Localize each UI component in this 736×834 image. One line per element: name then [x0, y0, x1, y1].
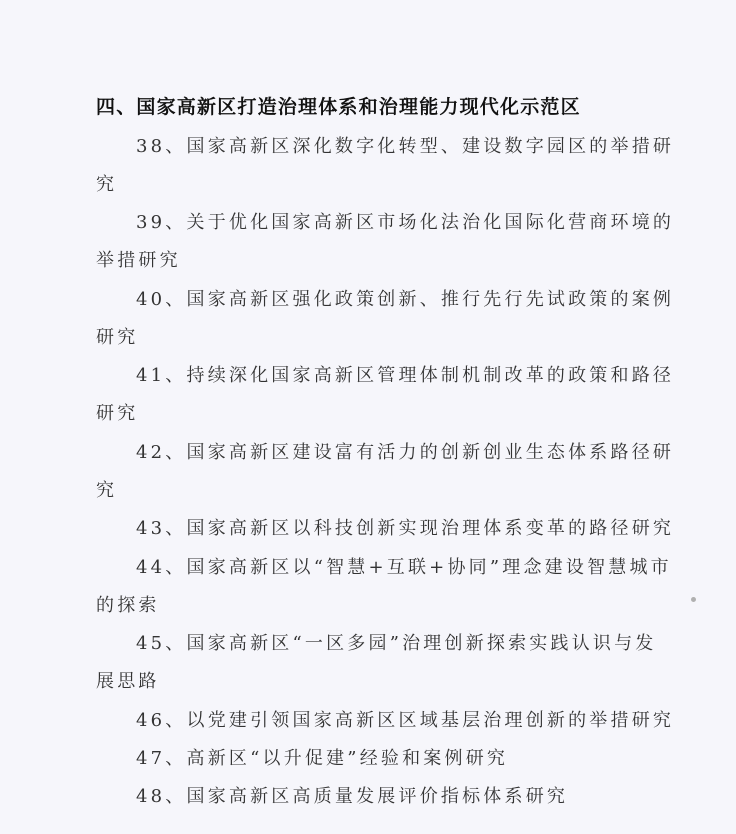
item-42-line-2: 究	[96, 476, 117, 502]
item-44-line-1: 44、国家高新区以“智慧+互联+协同”理念建设智慧城市	[136, 553, 672, 579]
item-45-line-1: 45、国家高新区“一区多园”治理创新探索实践认识与发	[136, 629, 657, 655]
item-39-line-2: 举措研究	[96, 246, 181, 272]
scan-speck	[691, 597, 696, 602]
section-heading: 四、国家高新区打造治理体系和治理能力现代化示范区	[96, 92, 581, 119]
item-40-line-2: 研究	[96, 323, 138, 349]
item-42-line-1: 42、国家高新区建设富有活力的创新创业生态体系路径研	[136, 438, 674, 464]
item-46-line-1: 46、以党建引领国家高新区区域基层治理创新的举措研究	[136, 706, 674, 732]
item-45-line-2: 展思路	[96, 667, 160, 693]
item-48-line-1: 48、国家高新区高质量发展评价指标体系研究	[136, 782, 568, 808]
item-47-line-1: 47、高新区“以升促建”经验和案例研究	[136, 744, 508, 770]
item-41-line-2: 研究	[96, 399, 138, 425]
item-43-line-1: 43、国家高新区以科技创新实现治理体系变革的路径研究	[136, 514, 674, 540]
item-38-line-1: 38、国家高新区深化数字化转型、建设数字园区的举措研	[136, 132, 674, 158]
document-page: 四、国家高新区打造治理体系和治理能力现代化示范区 38、国家高新区深化数字化转型…	[0, 0, 736, 834]
item-41-line-1: 41、持续深化国家高新区管理体制机制改革的政策和路径	[136, 361, 674, 387]
item-39-line-1: 39、关于优化国家高新区市场化法治化国际化营商环境的	[136, 208, 674, 234]
item-38-line-2: 究	[96, 170, 117, 196]
item-44-line-2: 的探索	[96, 591, 160, 617]
item-40-line-1: 40、国家高新区强化政策创新、推行先行先试政策的案例	[136, 285, 674, 311]
